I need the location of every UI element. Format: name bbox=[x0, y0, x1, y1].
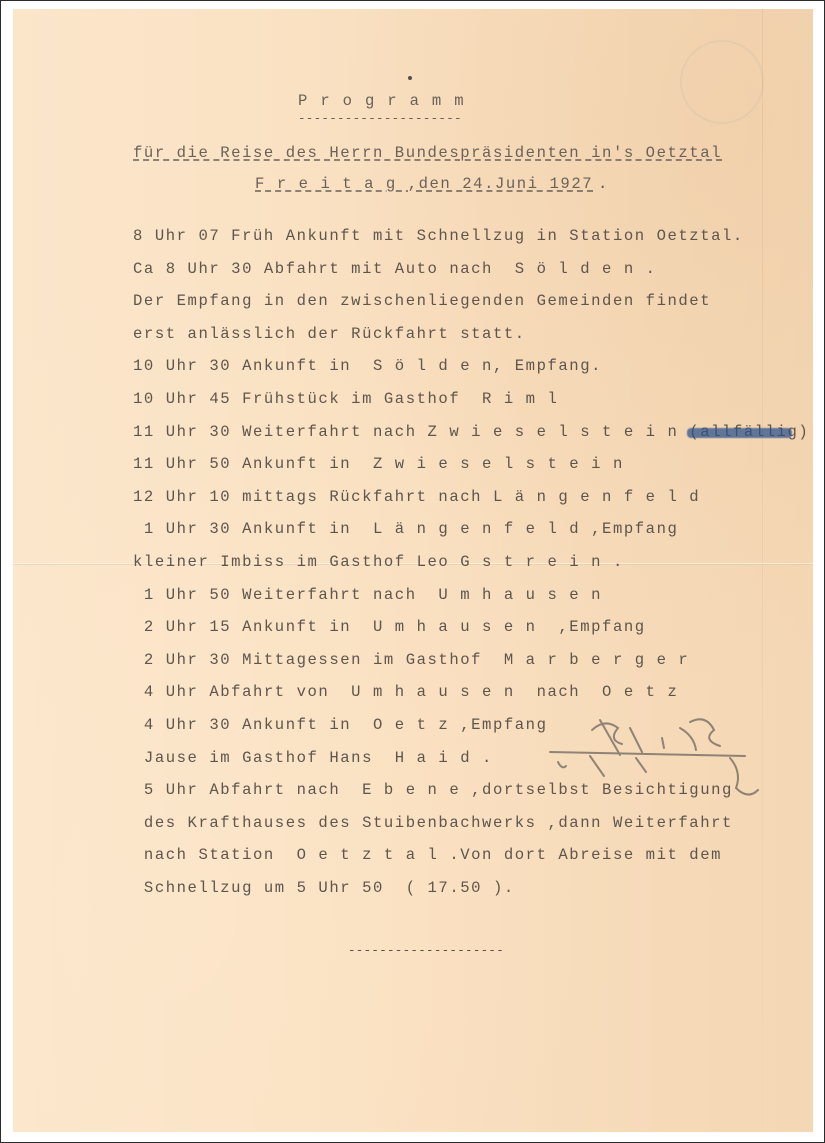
itinerary-line-text-after: ) bbox=[798, 423, 809, 441]
itinerary-line: 12 Uhr 10 mittags Rückfahrt nach L ä n g… bbox=[133, 488, 700, 506]
itinerary-line: nach Station O e t z t a l .Von dort Abr… bbox=[133, 846, 722, 864]
pencil-signature-icon bbox=[530, 700, 770, 820]
itinerary-line: 1 Uhr 50 Weiterfahrt nach U m h a u s e … bbox=[133, 586, 602, 604]
punch-dot bbox=[408, 76, 412, 80]
itinerary-line: Ca 8 Uhr 30 Abfahrt mit Auto nach S ö l … bbox=[133, 260, 657, 278]
document-title: P r o g r a m m bbox=[298, 92, 465, 110]
itinerary-line: 10 Uhr 30 Ankunft in S ö l d e n, Empfan… bbox=[133, 357, 602, 375]
itinerary-line: Schnellzug um 5 Uhr 50 ( 17.50 ). bbox=[133, 879, 515, 897]
itinerary-line: kleiner Imbiss im Gasthof Leo G s t r e … bbox=[133, 553, 624, 571]
itinerary-line-text: 10 Uhr 45 Frühstück im Gasthof R i m l bbox=[133, 390, 558, 408]
itinerary-line-text: 4 Uhr 30 Ankunft in O e t z ,Empfang bbox=[133, 716, 548, 734]
itinerary-line: Jause im Gasthof Hans H a i d . bbox=[133, 749, 493, 767]
itinerary-line: 10 Uhr 45 Frühstück im Gasthof R i m l bbox=[133, 390, 558, 408]
itinerary-line: 4 Uhr 30 Ankunft in O e t z ,Empfang bbox=[133, 716, 548, 734]
itinerary-line-text: 12 Uhr 10 mittags Rückfahrt nach L ä n g… bbox=[133, 488, 700, 506]
itinerary-line: 2 Uhr 15 Ankunft in U m h a u s e n ,Emp… bbox=[133, 618, 646, 636]
itinerary-line-text: 1 Uhr 50 Weiterfahrt nach U m h a u s e … bbox=[133, 586, 602, 604]
itinerary-line-text: Der Empfang in den zwischenliegenden Gem… bbox=[133, 292, 711, 310]
itinerary-line-text: Ca 8 Uhr 30 Abfahrt mit Auto nach S ö l … bbox=[133, 260, 657, 278]
document-subtitle: für die Reise des Herrn Bundespräsidente… bbox=[133, 144, 722, 162]
title-rule: --------------------- bbox=[298, 110, 462, 128]
itinerary-line-text: 11 Uhr 50 Ankunft in Z w i e s e l s t e… bbox=[133, 455, 624, 473]
itinerary-line: 11 Uhr 30 Weiterfahrt nach Z w i e s e l… bbox=[133, 423, 809, 441]
itinerary-line-text: Schnellzug um 5 Uhr 50 ( 17.50 ). bbox=[133, 879, 515, 897]
itinerary-line-text: 2 Uhr 30 Mittagessen im Gasthof M a r b … bbox=[133, 651, 689, 669]
itinerary-line-text: Jause im Gasthof Hans H a i d . bbox=[133, 749, 493, 767]
itinerary-line: Der Empfang in den zwischenliegenden Gem… bbox=[133, 292, 711, 310]
itinerary-line-text: 4 Uhr Abfahrt von U m h a u s e n nach O… bbox=[133, 683, 678, 701]
document-date: F r e i t a g ,den 24.Juni 1927 bbox=[255, 175, 593, 193]
itinerary-line-text: 2 Uhr 15 Ankunft in U m h a u s e n ,Emp… bbox=[133, 618, 646, 636]
itinerary-line-text: 1 Uhr 30 Ankunft in L ä n g e n f e l d … bbox=[133, 520, 678, 538]
itinerary-line-text: 11 Uhr 30 Weiterfahrt nach Z w i e s e l… bbox=[133, 423, 689, 441]
closing-rule: -------------------- bbox=[348, 942, 504, 960]
itinerary-line: 1 Uhr 30 Ankunft in L ä n g e n f e l d … bbox=[133, 520, 678, 538]
itinerary-line: 11 Uhr 50 Ankunft in Z w i e s e l s t e… bbox=[133, 455, 624, 473]
itinerary-line-text: 10 Uhr 30 Ankunft in S ö l d e n, Empfan… bbox=[133, 357, 602, 375]
itinerary-line-text: erst anlässlich der Rückfahrt statt. bbox=[133, 325, 526, 343]
itinerary-line: 4 Uhr Abfahrt von U m h a u s e n nach O… bbox=[133, 683, 678, 701]
itinerary-line-text: kleiner Imbiss im Gasthof Leo G s t r e … bbox=[133, 553, 624, 571]
itinerary-line-text: nach Station O e t z t a l .Von dort Abr… bbox=[133, 846, 722, 864]
struck-correction: (allfällig bbox=[689, 423, 798, 441]
itinerary-line: 8 Uhr 07 Früh Ankunft mit Schnellzug in … bbox=[133, 227, 744, 245]
paper-fold-vertical bbox=[762, 9, 763, 1132]
itinerary-line: erst anlässlich der Rückfahrt statt. bbox=[133, 325, 526, 343]
itinerary-line-text: 8 Uhr 07 Früh Ankunft mit Schnellzug in … bbox=[133, 227, 744, 245]
faded-stamp-icon bbox=[680, 40, 764, 124]
itinerary-line: 2 Uhr 30 Mittagessen im Gasthof M a r b … bbox=[133, 651, 689, 669]
document-date-period: . bbox=[598, 175, 609, 193]
